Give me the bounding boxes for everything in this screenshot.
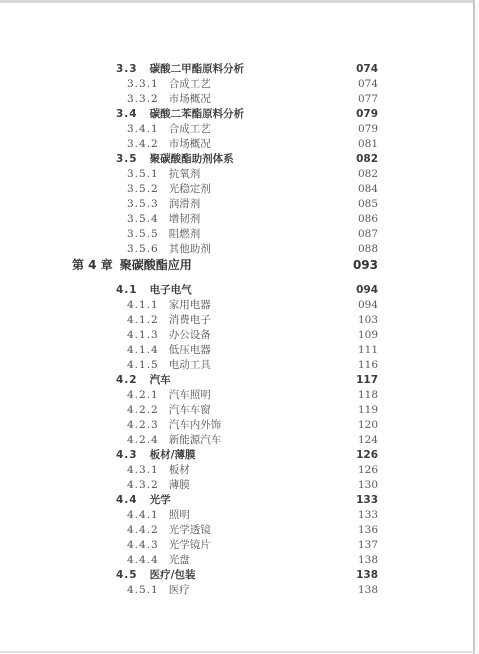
toc-entry-page: 084 xyxy=(358,182,378,197)
toc-entry-3.5.3: 3.5.3 润滑剂 085 xyxy=(72,197,378,212)
toc-entry-page: 081 xyxy=(358,137,378,152)
toc-entry-4.4.3: 4.4.3 光学镜片 137 xyxy=(72,538,378,553)
toc-entry-page: 082 xyxy=(356,152,378,167)
toc-entry-number: 4.2.1 xyxy=(127,388,159,403)
toc-entry-page: 088 xyxy=(358,242,378,257)
toc-entry-title: 聚碳酸酯助剂体系 xyxy=(150,152,234,167)
scanned-toc-page: 3.3 碳酸二甲酯原料分析 074 3.3.1 合成工艺 074 3.3.2 市… xyxy=(0,0,479,654)
toc-entry-title: 照明 xyxy=(169,508,190,523)
toc-entry-title: 聚碳酸酯应用 xyxy=(120,257,192,274)
toc-entry-4.4.1: 4.4.1 照明 133 xyxy=(72,508,378,523)
toc-entry-page: 133 xyxy=(358,508,378,523)
toc-entry-4.2.3: 4.2.3 汽车内外饰 120 xyxy=(72,418,378,433)
toc-entry-4.4.4: 4.4.4 光盘 138 xyxy=(72,553,378,568)
toc-entry-number: 3.3.1 xyxy=(127,77,159,92)
toc-entry-title: 电子电气 xyxy=(150,283,192,298)
toc-entry-title: 消费电子 xyxy=(169,313,211,328)
toc-entry-page: 086 xyxy=(358,212,378,227)
toc-entry-page: 079 xyxy=(358,122,378,137)
toc-entry-page: 138 xyxy=(356,568,378,583)
toc-entry-page: 133 xyxy=(356,493,378,508)
toc-entry-title: 低压电器 xyxy=(169,343,211,358)
toc-entry-title: 办公设备 xyxy=(169,328,211,343)
toc-entry-number: 3.5.1 xyxy=(127,167,159,182)
toc-entry-number: 3.5.3 xyxy=(127,197,159,212)
toc-entry-4.2.4: 4.2.4 新能源汽车 124 xyxy=(72,433,378,448)
toc-entry-page: 074 xyxy=(356,62,378,77)
toc-entry-page: 120 xyxy=(358,418,378,433)
toc-entry-page: 103 xyxy=(358,313,378,328)
toc-entry-title: 汽车 xyxy=(150,373,171,388)
toc-entry-page: 116 xyxy=(358,358,378,373)
toc-entry-title: 医疗 xyxy=(169,583,190,598)
toc-entry-3.5.4: 3.5.4 增韧剂 086 xyxy=(72,212,378,227)
toc-entry-number: 4.2.2 xyxy=(127,403,159,418)
toc-entry-page: 130 xyxy=(358,478,378,493)
toc-entry-4.1.4: 4.1.4 低压电器 111 xyxy=(72,343,378,358)
toc-entry-number: 4.4.4 xyxy=(127,553,159,568)
toc-entry-number: 4.4.1 xyxy=(127,508,159,523)
toc-entry-page: 082 xyxy=(358,167,378,182)
toc-entry-title: 板材/薄膜 xyxy=(150,448,196,463)
toc-entry-number: 3.5.6 xyxy=(127,242,159,257)
toc-entry-page: 138 xyxy=(358,583,378,598)
toc-entry-title: 薄膜 xyxy=(169,478,190,493)
toc-entry-number: 4.1.4 xyxy=(127,343,159,358)
toc-entry-4.3.2: 4.3.2 薄膜 130 xyxy=(72,478,378,493)
toc-entry-4.1.2: 4.1.2 消费电子 103 xyxy=(72,313,378,328)
toc-entry-title: 其他助剂 xyxy=(169,242,211,257)
toc-entry-number: 4.3.2 xyxy=(127,478,159,493)
toc-entry-title: 碳酸二苯酯原料分析 xyxy=(150,107,245,122)
toc-entry-3.4.2: 3.4.2 市场概况 081 xyxy=(72,137,378,152)
toc-entry-title: 家用电器 xyxy=(169,298,211,313)
toc-entry-page: 085 xyxy=(358,197,378,212)
toc-entry-number: 4.5 xyxy=(116,568,138,583)
toc-entry-3.4: 3.4 碳酸二苯酯原料分析 079 xyxy=(72,107,378,122)
toc-entry-number: 3.5.4 xyxy=(127,212,159,227)
toc-entry-title: 光学镜片 xyxy=(169,538,211,553)
toc-entry-title: 润滑剂 xyxy=(169,197,201,212)
toc-entry-number: 4.4 xyxy=(116,493,138,508)
toc-entry-page: 119 xyxy=(358,403,378,418)
toc-entry-4.4: 4.4 光学 133 xyxy=(72,493,378,508)
toc-entry-page: 137 xyxy=(358,538,378,553)
toc-entry-number: 3.3 xyxy=(116,62,138,77)
toc-entry-title: 合成工艺 xyxy=(169,122,211,137)
toc-entry-page: 138 xyxy=(358,553,378,568)
toc-entry-title: 阻燃剂 xyxy=(169,227,201,242)
toc-entry-number: 4.4.3 xyxy=(127,538,159,553)
toc-entry-page: 136 xyxy=(358,523,378,538)
toc-entry-4.4.2: 4.4.2 光学透镜 136 xyxy=(72,523,378,538)
toc-entry-number: 3.5 xyxy=(116,152,138,167)
toc-entry-number: 3.5.5 xyxy=(127,227,159,242)
toc-entry-number: 3.4 xyxy=(116,107,138,122)
toc-entry-4.1: 4.1 电子电气 094 xyxy=(72,283,378,298)
toc-entry-number: 4.2.4 xyxy=(127,433,159,448)
toc-entry-number: 3.5.2 xyxy=(127,182,159,197)
toc-entry-3.5.5: 3.5.5 阻燃剂 087 xyxy=(72,227,378,242)
toc-entry-number: 3.3.2 xyxy=(127,92,159,107)
toc-entry-page: 109 xyxy=(358,328,378,343)
toc-entry-page: 094 xyxy=(358,298,378,313)
toc-entry-title: 板材 xyxy=(169,463,190,478)
toc-entry-page: 079 xyxy=(356,107,378,122)
toc-entry-title: 抗氧剂 xyxy=(169,167,201,182)
toc-entry-4.5.1: 4.5.1 医疗 138 xyxy=(72,583,378,598)
toc-entry-page: 111 xyxy=(358,343,378,358)
toc-entry-title: 新能源汽车 xyxy=(169,433,222,448)
toc-entry-number: 4.1.1 xyxy=(127,298,159,313)
toc-entry-page: 126 xyxy=(358,463,378,478)
toc-entry-title: 光学透镜 xyxy=(169,523,211,538)
toc-entry-3.5.1: 3.5.1 抗氧剂 082 xyxy=(72,167,378,182)
toc-entry-number: 4.1.5 xyxy=(127,358,159,373)
toc-entry-3.5: 3.5 聚碳酸酯助剂体系 082 xyxy=(72,152,378,167)
toc-entry-3.5.6: 3.5.6 其他助剂 088 xyxy=(72,242,378,257)
toc-entry-title: 电动工具 xyxy=(169,358,211,373)
toc-entry-number: 4.4.2 xyxy=(127,523,159,538)
toc-entry-3.3: 3.3 碳酸二甲酯原料分析 074 xyxy=(72,62,378,77)
page-bottom-edge xyxy=(0,651,474,653)
toc-entry-title: 汽车照明 xyxy=(169,388,211,403)
toc-entry-4.2: 4.2 汽车 117 xyxy=(72,373,378,388)
toc-entry-number: 4.3.1 xyxy=(127,463,159,478)
toc-list: 3.3 碳酸二甲酯原料分析 074 3.3.1 合成工艺 074 3.3.2 市… xyxy=(72,62,378,598)
toc-entry-title: 增韧剂 xyxy=(169,212,201,227)
toc-entry-page: 077 xyxy=(358,92,378,107)
toc-entry-number: 4.5.1 xyxy=(127,583,159,598)
toc-entry-title: 市场概况 xyxy=(169,137,211,152)
toc-entry-number: 第 4 章 xyxy=(72,257,113,274)
toc-entry-title: 汽车内外饰 xyxy=(169,418,222,433)
toc-entry-title: 市场概况 xyxy=(169,92,211,107)
toc-entry-4.3: 4.3 板材/薄膜 126 xyxy=(72,448,378,463)
toc-entry-number: 4.2 xyxy=(116,373,138,388)
toc-entry-page: 124 xyxy=(358,433,378,448)
toc-entry-page: 118 xyxy=(358,388,378,403)
toc-entry-3.3.2: 3.3.2 市场概况 077 xyxy=(72,92,378,107)
toc-entry-4.2.2: 4.2.2 汽车车窗 119 xyxy=(72,403,378,418)
toc-entry-title: 光学 xyxy=(150,493,171,508)
toc-entry-page: 087 xyxy=(358,227,378,242)
toc-entry-number: 4.2.3 xyxy=(127,418,159,433)
toc-entry-number: 4.1.2 xyxy=(127,313,159,328)
toc-entry-page: 126 xyxy=(356,448,378,463)
toc-entry-4: 第 4 章 聚碳酸酯应用 093 xyxy=(72,257,378,274)
toc-entry-title: 合成工艺 xyxy=(169,77,211,92)
toc-entry-title: 汽车车窗 xyxy=(169,403,211,418)
toc-entry-title: 碳酸二甲酯原料分析 xyxy=(150,62,245,77)
toc-entry-3.3.1: 3.3.1 合成工艺 074 xyxy=(72,77,378,92)
toc-entry-number: 3.4.2 xyxy=(127,137,159,152)
toc-entry-number: 4.3 xyxy=(116,448,138,463)
toc-entry-page: 117 xyxy=(356,373,378,388)
toc-entry-3.4.1: 3.4.1 合成工艺 079 xyxy=(72,122,378,137)
toc-entry-4.1.1: 4.1.1 家用电器 094 xyxy=(72,298,378,313)
toc-entry-4.5: 4.5 医疗/包装 138 xyxy=(72,568,378,583)
toc-entry-4.3.1: 4.3.1 板材 126 xyxy=(72,463,378,478)
toc-entry-3.5.2: 3.5.2 光稳定剂 084 xyxy=(72,182,378,197)
toc-entry-number: 4.1.3 xyxy=(127,328,159,343)
toc-entry-title: 光稳定剂 xyxy=(169,182,211,197)
toc-entry-4.1.3: 4.1.3 办公设备 109 xyxy=(72,328,378,343)
page-top-edge xyxy=(0,0,474,3)
toc-entry-title: 医疗/包装 xyxy=(150,568,196,583)
toc-entry-4.2.1: 4.2.1 汽车照明 118 xyxy=(72,388,378,403)
toc-entry-page: 094 xyxy=(356,283,378,298)
toc-entry-title: 光盘 xyxy=(169,553,190,568)
toc-entry-page: 093 xyxy=(353,257,378,274)
toc-entry-page: 074 xyxy=(358,77,378,92)
page-right-edge xyxy=(473,0,475,654)
toc-entry-number: 3.4.1 xyxy=(127,122,159,137)
toc-entry-number: 4.1 xyxy=(116,283,138,298)
toc-entry-4.1.5: 4.1.5 电动工具 116 xyxy=(72,358,378,373)
